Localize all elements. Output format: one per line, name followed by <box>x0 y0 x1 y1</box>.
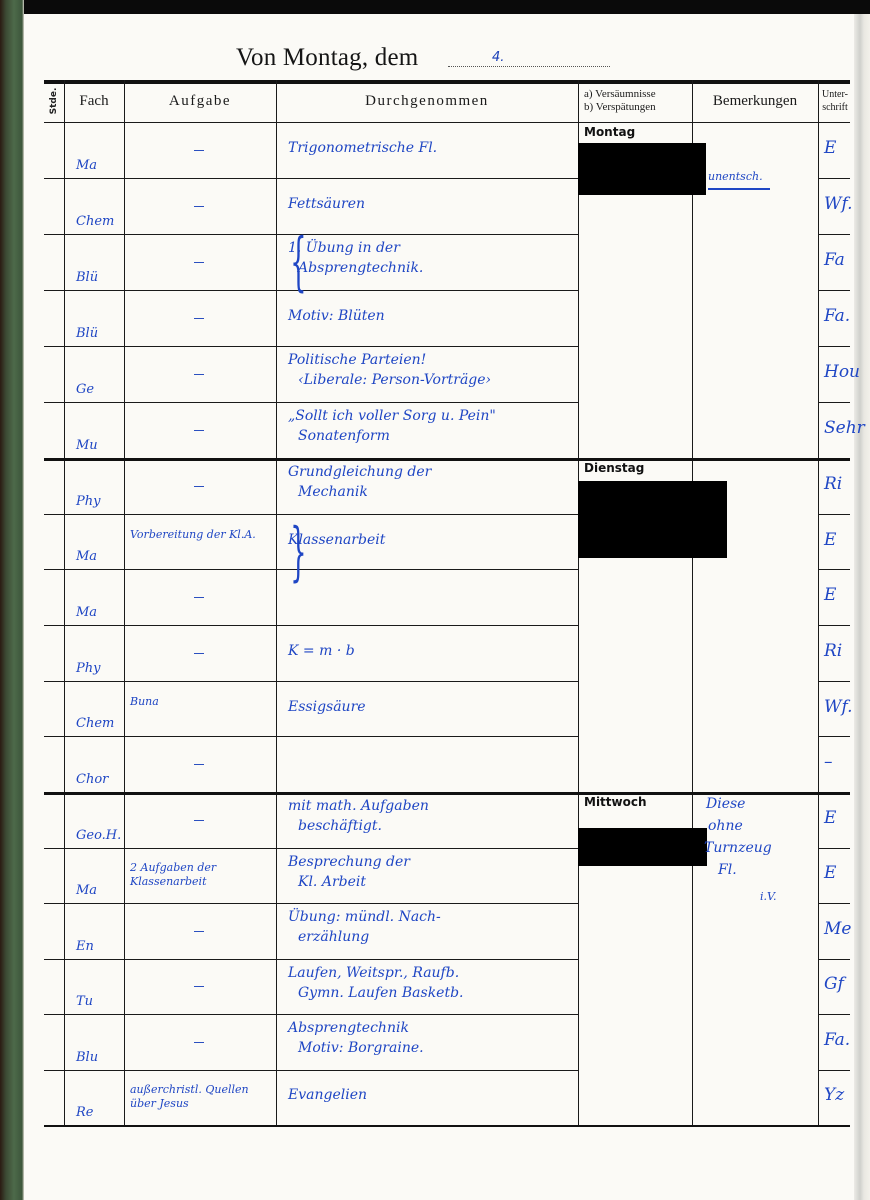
table-top-rule <box>44 80 850 84</box>
row-rule-stde <box>44 514 64 515</box>
fach-cell: En <box>76 939 94 954</box>
aufgabe-dash <box>194 262 204 263</box>
aufgabe-dash <box>194 150 204 151</box>
unterschrift-signature: Ri <box>824 474 842 494</box>
durchgenommen-line: Politische Parteien! <box>288 352 426 368</box>
row-rule <box>64 402 578 403</box>
fach-cell: Ma <box>76 605 97 620</box>
durchgenommen-line: Grundgleichung der <box>288 464 431 480</box>
durchgenommen-line: Besprechung der <box>288 854 410 870</box>
row-rule <box>64 569 578 570</box>
durchgenommen-line: Kl. Arbeit <box>298 874 366 890</box>
header-unterschrift: Unter- schrift <box>818 80 852 122</box>
fach-cell: Blu <box>76 1050 98 1065</box>
unterschrift-signature: Wf. <box>824 697 853 717</box>
row-rule <box>64 736 578 737</box>
durchgenommen-line: Mechanik <box>298 484 368 500</box>
header-bottom-rule <box>44 122 850 123</box>
row-rule-sig <box>818 848 850 849</box>
column-divider <box>578 80 579 1125</box>
redacted-block <box>578 828 707 866</box>
row-rule-sig <box>818 625 850 626</box>
row-rule-stde <box>44 234 64 235</box>
bemerkung-underline <box>708 188 770 190</box>
class-register-table: Stde. Fach Aufgabe Durchgenommen a) Vers… <box>44 80 850 1125</box>
fach-cell: Chor <box>76 772 108 787</box>
row-rule <box>64 959 578 960</box>
unterschrift-signature: E <box>824 585 836 605</box>
unterschrift-signature: E <box>824 863 836 883</box>
row-rule <box>64 903 578 904</box>
row-rule-stde <box>44 736 64 737</box>
day-separator <box>44 792 850 795</box>
bemerkung-entry: i.V. <box>760 890 777 903</box>
unterschrift-signature: Gf <box>824 974 844 994</box>
aufgabe-dash <box>194 653 204 654</box>
row-rule <box>64 1014 578 1015</box>
aufgabe-cell: 2 Aufgaben der Klassenarbeit <box>130 861 270 889</box>
fach-cell: Phy <box>76 661 100 676</box>
unterschrift-signature: Fa <box>824 250 845 270</box>
fach-cell: Mu <box>76 438 98 453</box>
row-rule <box>64 1070 578 1071</box>
unterschrift-signature: Hou <box>824 362 860 382</box>
row-rule-stde <box>44 848 64 849</box>
durchgenommen-line: Gymn. Laufen Basketb. <box>298 985 464 1001</box>
durchgenommen-line: Absprengtechnik <box>288 1020 409 1036</box>
durchgenommen-line: Sonatenform <box>298 428 390 444</box>
column-divider <box>124 80 125 1125</box>
aufgabe-dash <box>194 820 204 821</box>
aufgabe-dash <box>194 986 204 987</box>
page-title: Von Montag, dem <box>236 44 418 72</box>
aufgabe-dash <box>194 206 204 207</box>
row-rule-sig <box>818 178 850 179</box>
row-rule <box>64 514 578 515</box>
date-dotted-line <box>448 66 610 67</box>
fach-cell: Ma <box>76 158 97 173</box>
aufgabe-dash <box>194 318 204 319</box>
bemerkung-entry: unentsch. <box>708 170 763 183</box>
fach-cell: Ma <box>76 883 97 898</box>
row-rule-stde <box>44 625 64 626</box>
durchgenommen-line: Essigsäure <box>288 699 366 715</box>
row-rule-stde <box>44 178 64 179</box>
header-fach: Fach <box>64 80 124 122</box>
durchgenommen-line: Laufen, Weitspr., Raufb. <box>288 965 459 981</box>
header-aufgabe: Aufgabe <box>124 80 276 122</box>
aufgabe-cell: außerchristl. Quellen über Jesus <box>130 1083 270 1111</box>
redacted-block <box>578 481 727 558</box>
fach-cell: Ge <box>76 382 94 397</box>
fach-cell: Tu <box>76 994 93 1009</box>
durchgenommen-line: Fettsäuren <box>288 196 365 212</box>
durchgenommen-line: mit math. Aufgaben <box>288 798 429 814</box>
unterschrift-signature: – <box>824 752 833 772</box>
scan-top-border <box>0 0 870 14</box>
fach-cell: Blü <box>76 270 98 285</box>
unterschrift-signature: Fa. <box>824 306 850 326</box>
row-rule-sig <box>818 1014 850 1015</box>
durchgenommen-line: ‹Liberale: Person-Vorträge› <box>298 372 491 388</box>
durchgenommen-line: Absprengtechnik. <box>298 260 423 276</box>
row-rule <box>64 290 578 291</box>
column-divider <box>818 80 819 1125</box>
fach-cell: Re <box>76 1105 93 1120</box>
unterschrift-signature: E <box>824 530 836 550</box>
durchgenommen-line: „Sollt ich voller Sorg u. Pein" <box>288 408 496 424</box>
aufgabe-dash <box>194 597 204 598</box>
brace-icon: { <box>290 230 306 294</box>
row-rule-sig <box>818 903 850 904</box>
header-versaeumnisse-b: b) Verspätungen <box>584 101 656 114</box>
row-rule-sig <box>818 1070 850 1071</box>
aufgabe-cell: Buna <box>130 695 270 709</box>
row-rule-stde <box>44 681 64 682</box>
row-rule-sig <box>818 959 850 960</box>
row-rule-stde <box>44 346 64 347</box>
unterschrift-signature: Ri <box>824 641 842 661</box>
row-rule-sig <box>818 346 850 347</box>
row-rule <box>64 681 578 682</box>
bemerkung-entry: Fl. <box>718 862 737 878</box>
day-label-dienstag: Dienstag <box>584 461 644 475</box>
row-rule-stde <box>44 1014 64 1015</box>
page-edge <box>854 14 870 1200</box>
day-label-montag: Montag <box>584 125 635 139</box>
row-rule-sig <box>818 290 850 291</box>
redacted-block <box>578 143 706 195</box>
day-label-mittwoch: Mittwoch <box>584 795 647 809</box>
durchgenommen-line: beschäftigt. <box>298 818 382 834</box>
day-separator <box>44 458 850 461</box>
fach-cell: Chem <box>76 214 114 229</box>
brace-icon: } <box>290 520 306 584</box>
durchgenommen-line: Motiv: Borgraine. <box>298 1040 424 1056</box>
fach-cell: Phy <box>76 494 100 509</box>
column-divider <box>276 80 277 1125</box>
row-rule-stde <box>44 903 64 904</box>
bemerkung-entry: Turnzeug <box>704 840 772 856</box>
aufgabe-dash <box>194 931 204 932</box>
column-divider <box>64 80 65 1125</box>
unterschrift-signature: Fa. <box>824 1030 850 1050</box>
fach-cell: Ma <box>76 549 97 564</box>
durchgenommen-line: Evangelien <box>288 1087 367 1103</box>
row-rule <box>64 625 578 626</box>
header-unterschrift-1: Unter- <box>822 88 848 101</box>
fach-cell: Blü <box>76 326 98 341</box>
aufgabe-cell: Vorbereitung der Kl.A. <box>130 528 270 542</box>
unterschrift-signature: Wf. <box>824 194 853 214</box>
row-rule-sig <box>818 234 850 235</box>
aufgabe-dash <box>194 430 204 431</box>
row-rule-sig <box>818 514 850 515</box>
unterschrift-signature: Me <box>824 919 851 939</box>
row-rule-stde <box>44 959 64 960</box>
header-stunde: Stde. <box>44 80 64 122</box>
durchgenommen-line: K = m · b <box>288 643 355 659</box>
unterschrift-signature: E <box>824 138 836 158</box>
table-bottom-rule <box>44 1125 850 1127</box>
durchgenommen-line: Übung: mündl. Nach- <box>288 909 441 925</box>
row-rule-sig <box>818 736 850 737</box>
row-rule-sig <box>818 569 850 570</box>
fach-cell: Chem <box>76 716 114 731</box>
header-unterschrift-2: schrift <box>822 101 848 114</box>
row-rule-stde <box>44 1070 64 1071</box>
header-durchgenommen: Durchgenommen <box>276 80 578 122</box>
durchgenommen-line: erzählung <box>298 929 369 945</box>
row-rule-sig <box>818 402 850 403</box>
row-rule <box>64 234 578 235</box>
header-bemerkungen: Bemerkungen <box>692 80 818 122</box>
book-binding <box>0 0 24 1200</box>
row-rule-stde <box>44 569 64 570</box>
date-filled: 4. <box>492 50 504 65</box>
row-rule <box>64 346 578 347</box>
bemerkung-entry: ohne <box>708 818 743 834</box>
unterschrift-signature: Yz <box>824 1085 844 1105</box>
bemerkung-entry: Diese <box>706 796 745 812</box>
row-rule-stde <box>44 290 64 291</box>
row-rule-stde <box>44 402 64 403</box>
unterschrift-signature: Sehr <box>824 418 865 438</box>
aufgabe-dash <box>194 1042 204 1043</box>
fach-cell: Geo.H. <box>76 828 121 843</box>
row-rule <box>64 178 578 179</box>
durchgenommen-line: Motiv: Blüten <box>288 308 385 324</box>
aufgabe-dash <box>194 374 204 375</box>
row-rule-sig <box>818 681 850 682</box>
unterschrift-signature: E <box>824 808 836 828</box>
row-rule <box>64 848 578 849</box>
header-versaeumnisse-a: a) Versäumnisse <box>584 88 656 101</box>
durchgenommen-line: Trigonometrische Fl. <box>288 140 437 156</box>
column-divider <box>692 80 693 1125</box>
header-versaeumnisse: a) Versäumnisse b) Verspätungen <box>578 80 692 122</box>
aufgabe-dash <box>194 486 204 487</box>
aufgabe-dash <box>194 764 204 765</box>
